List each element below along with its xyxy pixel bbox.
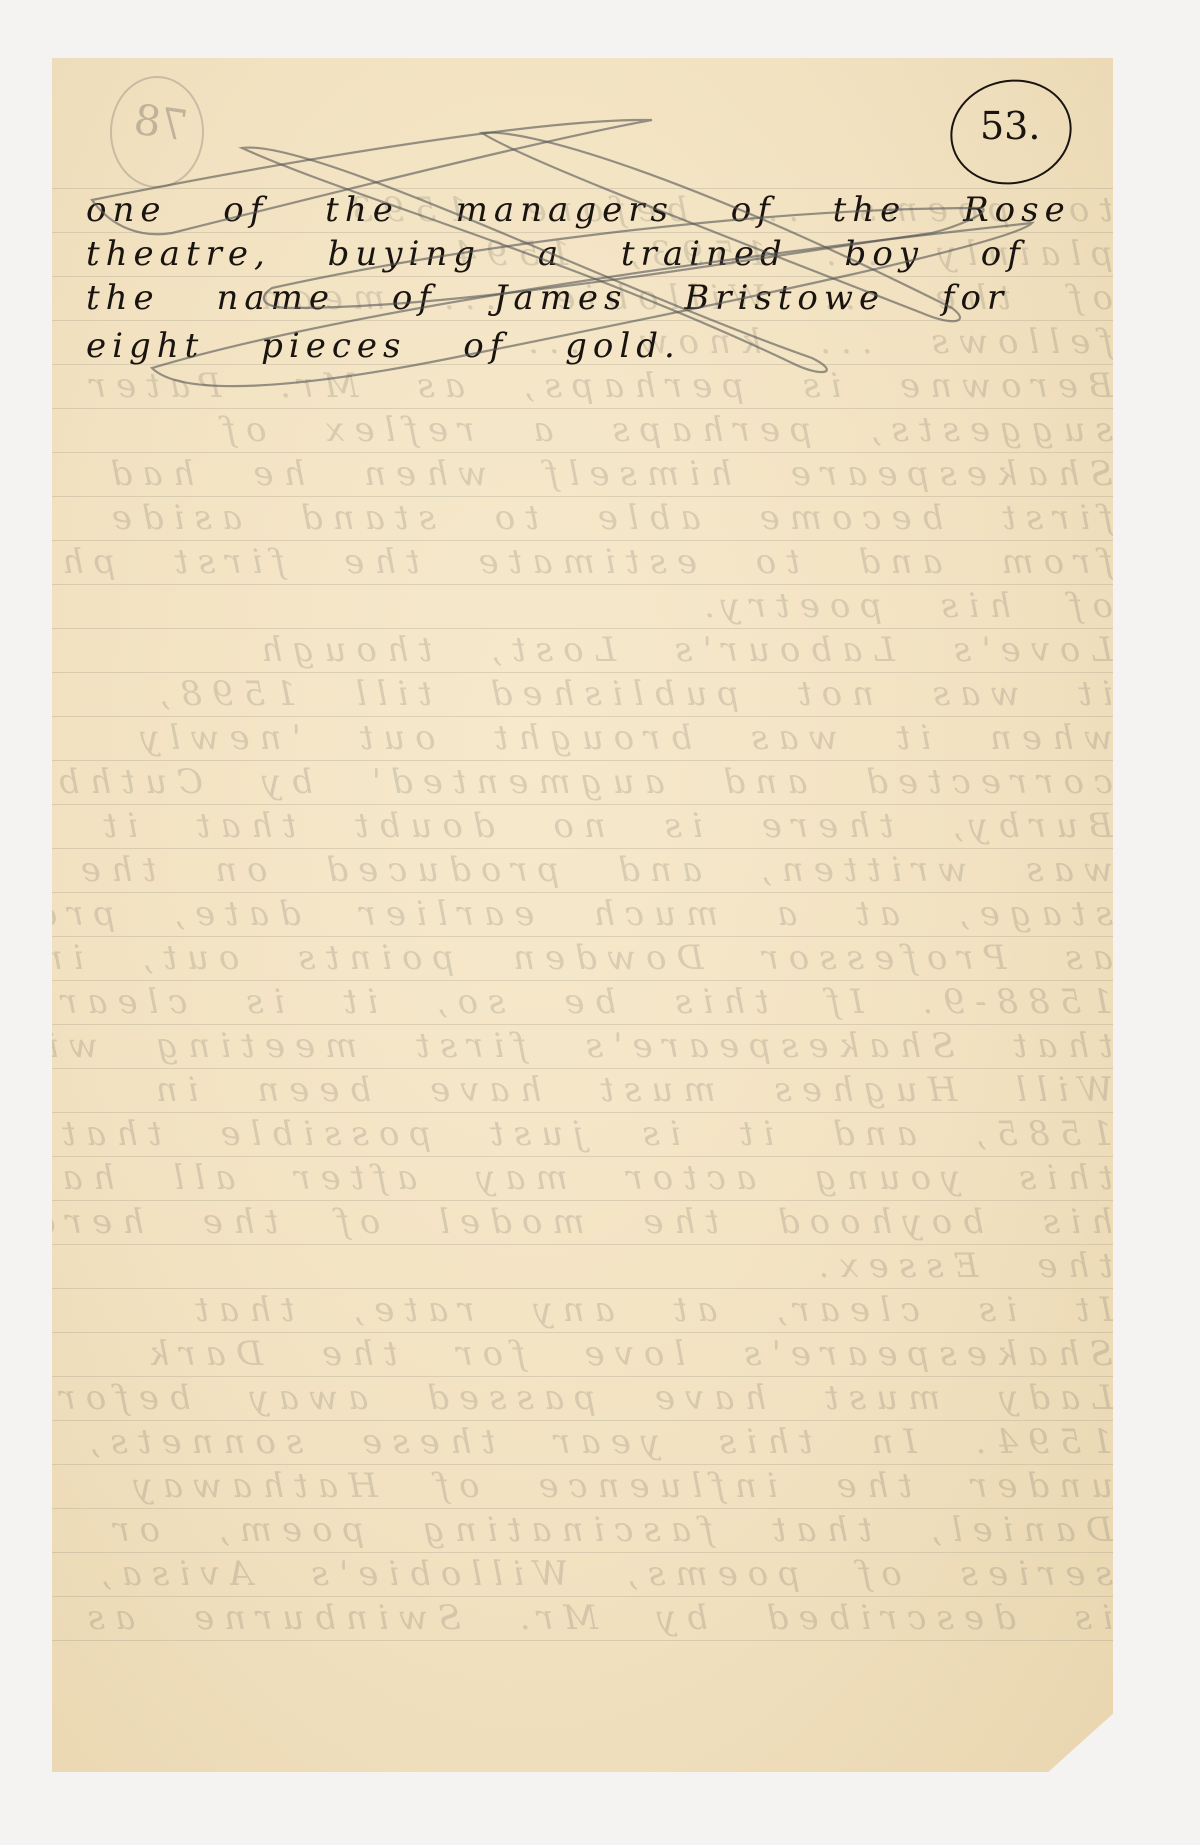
passage-line: theatre, buying a trained boy of bbox=[86, 234, 1026, 274]
bleed-line: Love's Labour's Lost, though bbox=[52, 630, 1113, 670]
bleed-line: as Professor Dowden points out, in bbox=[52, 938, 1113, 978]
bleed-line: it was not published till 1598, bbox=[52, 674, 1113, 714]
bleed-line: Daniel, that fascinating poem, or bbox=[52, 1510, 1113, 1550]
bleed-line: is described by Mr. Swinburne as the bbox=[52, 1598, 1113, 1638]
bleed-line: Burby, there is no doubt that it bbox=[52, 806, 1113, 846]
bleed-line: suggests, perhaps a reflex of bbox=[52, 410, 1113, 450]
bleed-line: stage, at a much earlier date, probably bbox=[52, 894, 1113, 934]
bleed-line: It is clear, at any rate, that bbox=[52, 1290, 1113, 1330]
bleed-line: of his poetry. bbox=[52, 586, 1113, 626]
bleed-line: his boyhood the model of the heroine of bbox=[52, 1202, 1113, 1242]
bleed-line: when it was brought out 'newly bbox=[52, 718, 1113, 758]
passage-line: eight pieces of gold. bbox=[86, 326, 681, 366]
bleed-line: 1585, and it is just possible that bbox=[52, 1114, 1113, 1154]
ghost-page-number: 78 bbox=[131, 95, 191, 151]
bleed-line: was written, and produced on the bbox=[52, 850, 1113, 890]
bleed-line: that Shakespeare's first meeting with bbox=[52, 1026, 1113, 1066]
bleed-line: 1594. In this year these sonnets, bbox=[52, 1422, 1113, 1462]
bleed-line: this young actor may after all have been… bbox=[52, 1158, 1113, 1198]
bleed-line: Will Hughes must have been in bbox=[52, 1070, 1113, 1110]
bleed-line: series of poems, Willobie's Avisa, which bbox=[52, 1554, 1113, 1594]
bleed-line: the Essex. bbox=[52, 1246, 1113, 1286]
bleed-line: Berowne is perhaps, as Mr. Pater bbox=[52, 366, 1113, 406]
manuscript-page: to poems ... before 1593 plainly ... 159… bbox=[52, 58, 1113, 1772]
bleed-line: Lady must have passed away before bbox=[52, 1378, 1113, 1418]
bleed-line: 1588-9. If this be so, it is clear bbox=[52, 982, 1113, 1022]
page-number: 53. bbox=[980, 104, 1040, 148]
bleed-line: Shakespeare himself when he had bbox=[52, 454, 1113, 494]
bleed-line: first become able to stand aside bbox=[52, 498, 1113, 538]
bleed-line: corrected and augmented' by Cuthbert bbox=[52, 762, 1113, 802]
passage-line: the name of James Bristowe for bbox=[86, 278, 1009, 318]
bleed-line: from and to estimate the first phase bbox=[52, 542, 1113, 582]
bleed-line: Shakespeare's love for the Dark bbox=[52, 1334, 1113, 1374]
passage-line: one of the managers of the Rose bbox=[86, 190, 1071, 230]
bleed-line: under the influence of Hathaway bbox=[52, 1466, 1113, 1506]
